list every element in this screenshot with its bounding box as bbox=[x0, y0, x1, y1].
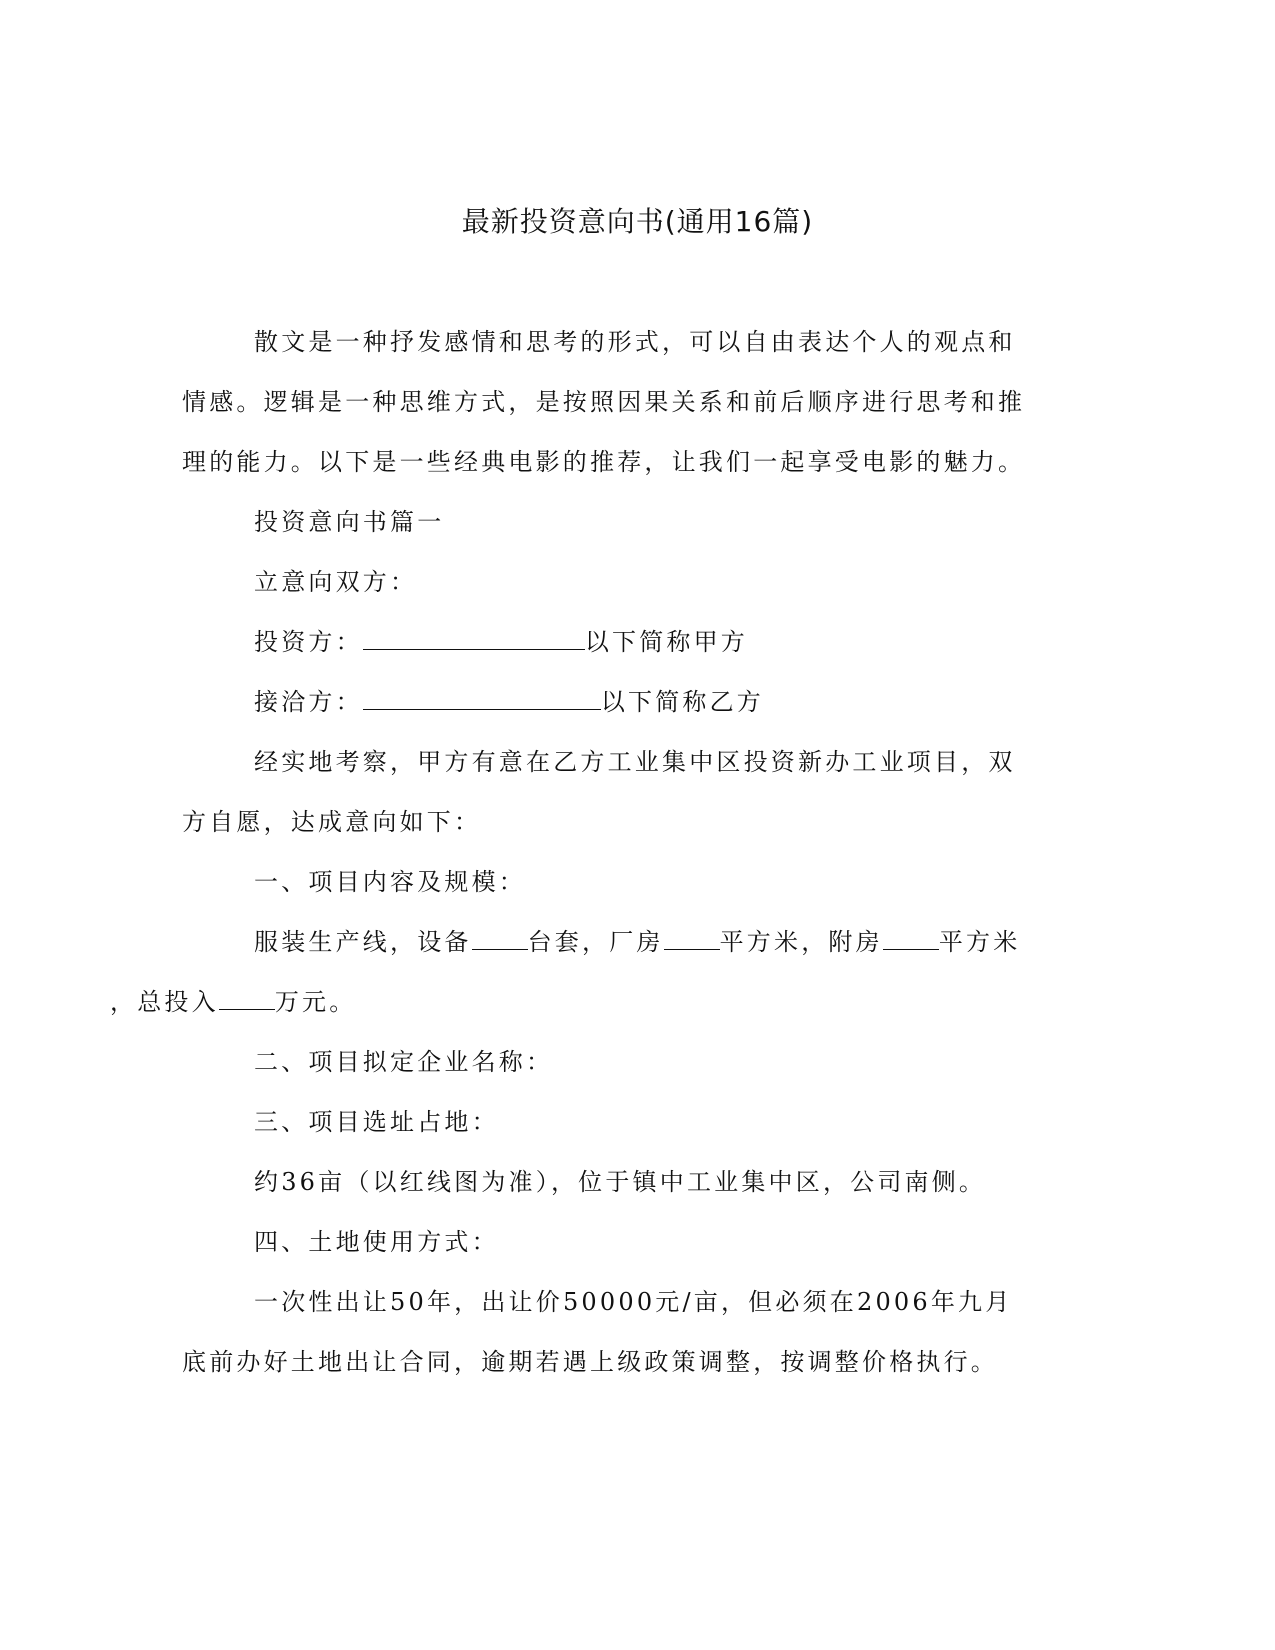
item1-text-2: 台套，厂房 bbox=[528, 928, 664, 956]
receiver-blank bbox=[363, 687, 601, 710]
investor-line: 投资方：以下简称甲方 bbox=[182, 612, 1034, 672]
item3-heading: 三、项目选址占地： bbox=[182, 1092, 1034, 1152]
investor-suffix: 以下简称甲方 bbox=[585, 628, 748, 656]
investor-label: 投资方： bbox=[254, 628, 363, 656]
total-investment-blank bbox=[219, 987, 275, 1010]
preamble-paragraph: 经实地考察，甲方有意在乙方工业集中区投资新办工业项目，双方自愿，达成意向如下： bbox=[182, 732, 1034, 852]
receiver-label: 接洽方： bbox=[254, 688, 363, 716]
document-title: 最新投资意向书(通用16篇) bbox=[0, 200, 1275, 240]
section-heading: 投资意向书篇一 bbox=[182, 492, 1034, 552]
item1-paragraph: 服装生产线，设备台套，厂房平方米，附房平方米，总投入万元。 bbox=[182, 912, 1034, 1032]
item2-heading: 二、项目拟定企业名称： bbox=[182, 1032, 1034, 1092]
receiver-line: 接洽方：以下简称乙方 bbox=[182, 672, 1034, 732]
equipment-blank bbox=[472, 927, 528, 950]
item1-text-4: 平方米 bbox=[939, 928, 1021, 956]
item1-text-3: 平方米，附房 bbox=[720, 928, 883, 956]
parties-label: 立意向双方： bbox=[182, 552, 1034, 612]
item4-heading: 四、土地使用方式： bbox=[182, 1212, 1034, 1272]
investor-blank bbox=[363, 627, 585, 650]
item3-paragraph: 约36亩（以红线图为准），位于镇中工业集中区，公司南侧。 bbox=[182, 1152, 1034, 1212]
receiver-suffix: 以下简称乙方 bbox=[601, 688, 764, 716]
item1-text-6: 万元。 bbox=[275, 988, 357, 1016]
item1-text-1: 服装生产线，设备 bbox=[254, 928, 472, 956]
item1-text-5: ，总投入 bbox=[110, 988, 219, 1016]
item1-heading: 一、项目内容及规模： bbox=[182, 852, 1034, 912]
document-body: 散文是一种抒发感情和思考的形式，可以自由表达个人的观点和情感。逻辑是一种思维方式… bbox=[182, 312, 1034, 1392]
annex-area-blank bbox=[883, 927, 939, 950]
factory-area-blank bbox=[664, 927, 720, 950]
item4-paragraph: 一次性出让50年，出让价50000元/亩，但必须在2006年九月底前办好土地出让… bbox=[182, 1272, 1034, 1392]
intro-paragraph: 散文是一种抒发感情和思考的形式，可以自由表达个人的观点和情感。逻辑是一种思维方式… bbox=[182, 312, 1034, 492]
